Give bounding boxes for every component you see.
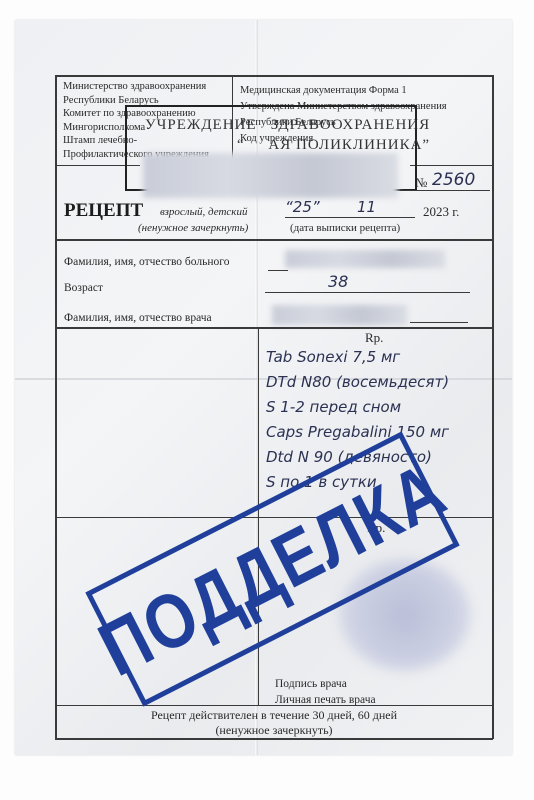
age-label: Возраст <box>64 282 103 294</box>
doctor-signature-label: Подпись врача <box>275 678 347 690</box>
rx2-bottom <box>55 705 493 706</box>
rx1-line: Tab Sonexi 7,5 мг <box>266 345 496 370</box>
patient-name-underline <box>268 270 288 271</box>
number-underline <box>400 190 490 191</box>
institution-stamp-line2: “ АЯ ПОЛИКЛИНИКА” <box>237 137 430 154</box>
header-right-line: Медицинская документация Форма 1 <box>240 83 490 99</box>
recipe-title: РЕЦЕПТ <box>64 200 143 222</box>
header-left-line: Министерство здравоохранения <box>63 80 233 94</box>
recipe-type-note: (ненужное зачеркнуть) <box>138 222 248 234</box>
recipe-date-year: 2023 г. <box>423 204 459 220</box>
recipe-date-note: (дата выписки рецепта) <box>290 222 400 234</box>
rx1-line: S 1-2 перед сном <box>266 395 496 420</box>
recipe-type: взрослый, детский <box>160 206 247 218</box>
redacted-doctor-name <box>272 305 407 325</box>
patient-name-label: Фамилия, имя, отчество больного <box>64 256 229 268</box>
recipe-date-month: 11 <box>357 198 376 216</box>
institution-stamp-line1: УЧРЕЖДЕНИЕ ЗДРАВООХРАНЕНИЯ <box>145 117 430 134</box>
recipe-date-day: “25” <box>285 198 320 216</box>
number-sign: № <box>415 175 427 191</box>
recipe-row-bottom <box>55 239 493 241</box>
number-value: 2560 <box>432 170 475 190</box>
table-border-bottom <box>55 738 493 740</box>
rx1-label: Rp. <box>365 330 383 346</box>
validity-text: Рецепт действителен в течение 30 дней, 6… <box>55 708 493 723</box>
table-border-left <box>55 75 57 739</box>
doctor-name-label: Фамилия, имя, отчество врача <box>64 312 212 324</box>
patient-block-bottom <box>55 327 493 329</box>
validity-note: (ненужное зачеркнуть) <box>55 723 493 738</box>
age-underline <box>265 292 470 293</box>
header-bottom-line-right <box>410 165 493 166</box>
date-underline <box>285 217 415 218</box>
rx1-line: DTd N80 (восемьдесят) <box>266 370 496 395</box>
redacted-patient-name <box>285 250 445 268</box>
doctor-name-underline <box>410 322 468 323</box>
table-border-top <box>55 75 493 77</box>
redacted-institution-name <box>143 153 398 198</box>
age-value: 38 <box>328 272 348 291</box>
